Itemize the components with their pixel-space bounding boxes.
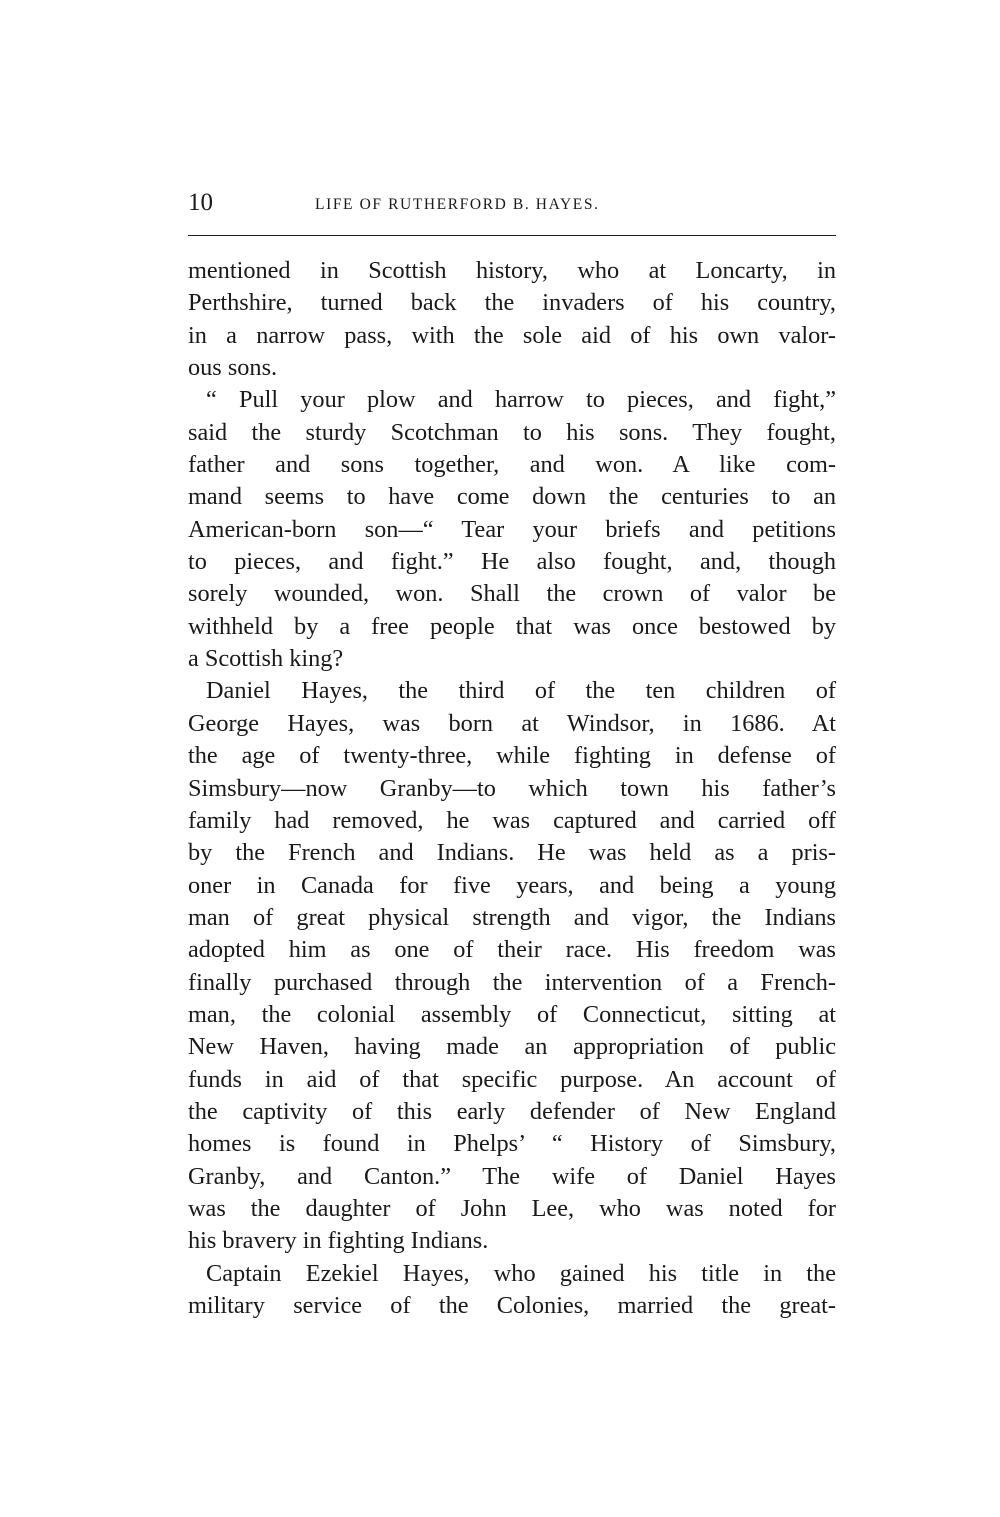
text-line: Captain Ezekiel Hayes, who gained his ti… [188, 1258, 836, 1290]
page-number: 10 [188, 186, 213, 220]
text-line: adopted him as one of their race. His fr… [188, 934, 836, 966]
body-text: mentioned in Scottish history, who at Lo… [188, 255, 836, 1322]
paragraph: Daniel Hayes, the third of the ten child… [188, 675, 836, 1257]
paragraph: “ Pull your plow and harrow to pieces, a… [188, 384, 836, 675]
text-line: the captivity of this early defender of … [188, 1096, 836, 1128]
text-line: military service of the Colonies, marrie… [188, 1290, 836, 1322]
header-rule [188, 235, 836, 236]
text-line: in a narrow pass, with the sole aid of h… [188, 320, 836, 352]
text-line: a Scottish king? [188, 643, 836, 675]
running-head: 10 LIFE OF RUTHERFORD B. HAYES. [188, 186, 836, 220]
text-line: mentioned in Scottish history, who at Lo… [188, 255, 836, 287]
text-line: mand seems to have come down the centuri… [188, 481, 836, 513]
text-line: man, the colonial assembly of Connecticu… [188, 999, 836, 1031]
text-line: homes is found in Phelps’ “ History of S… [188, 1128, 836, 1160]
text-line: Granby, and Canton.” The wife of Daniel … [188, 1161, 836, 1193]
text-line: was the daughter of John Lee, who was no… [188, 1193, 836, 1225]
text-line: ous sons. [188, 352, 836, 384]
text-line: withheld by a free people that was once … [188, 611, 836, 643]
text-line: Daniel Hayes, the third of the ten child… [188, 675, 836, 707]
text-line: his bravery in fighting Indians. [188, 1225, 836, 1257]
text-line: family had removed, he was captured and … [188, 805, 836, 837]
text-line: Simsbury—now Granby—to which town his fa… [188, 773, 836, 805]
text-line: finally purchased through the interventi… [188, 967, 836, 999]
text-line: sorely wounded, won. Shall the crown of … [188, 578, 836, 610]
text-line: George Hayes, was born at Windsor, in 16… [188, 708, 836, 740]
text-line: said the sturdy Scotchman to his sons. T… [188, 417, 836, 449]
paragraph: Captain Ezekiel Hayes, who gained his ti… [188, 1258, 836, 1323]
text-line: funds in aid of that specific purpose. A… [188, 1064, 836, 1096]
text-line: American-born son—“ Tear your briefs and… [188, 514, 836, 546]
text-line: Perthshire, turned back the invaders of … [188, 287, 836, 319]
text-line: to pieces, and fight.” He also fought, a… [188, 546, 836, 578]
text-line: oner in Canada for five years, and being… [188, 870, 836, 902]
text-line: the age of twenty-three, while fighting … [188, 740, 836, 772]
text-line: father and sons together, and won. A lik… [188, 449, 836, 481]
text-line: by the French and Indians. He was held a… [188, 837, 836, 869]
text-line: “ Pull your plow and harrow to pieces, a… [188, 384, 836, 416]
running-title: LIFE OF RUTHERFORD B. HAYES. [315, 188, 600, 222]
text-line: man of great physical strength and vigor… [188, 902, 836, 934]
text-line: New Haven, having made an appropriation … [188, 1031, 836, 1063]
paragraph: mentioned in Scottish history, who at Lo… [188, 255, 836, 384]
